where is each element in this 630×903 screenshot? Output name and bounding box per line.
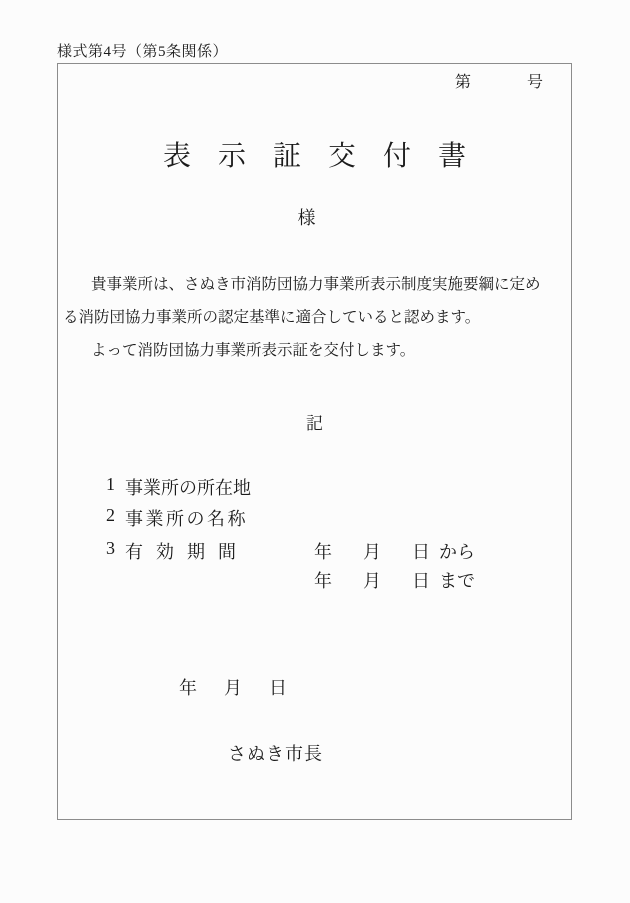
record-marker: 記 <box>58 409 571 434</box>
issue-date-line: 年 月 日 <box>179 674 287 700</box>
item-label: 事業所の名称 <box>125 505 248 531</box>
validity-to-suffix: まで <box>439 567 475 593</box>
document-number-prefix: 第 <box>455 69 471 92</box>
validity-to-month-label: 月 <box>363 567 381 593</box>
document-page: 様式第4号（第5条関係） 第 号 表示証交付書 様 貴事業所は、さぬき市消防団協… <box>0 0 630 903</box>
item-number: 2 <box>106 505 115 531</box>
item-number: 3 <box>106 538 115 564</box>
list-item-validity-period: 3 有効期間 <box>106 538 249 564</box>
body-line-3: よって消防団協力事業所表示証を交付します。 <box>63 334 567 367</box>
validity-from-day-label: 日 <box>412 538 430 564</box>
item-label: 事業所の所在地 <box>125 474 251 500</box>
certificate-frame: 第 号 表示証交付書 様 貴事業所は、さぬき市消防団協力事業所表示制度実施要綱に… <box>57 63 572 820</box>
validity-to-day-label: 日 <box>412 567 430 593</box>
list-item-business-address: 1 事業所の所在地 <box>106 474 251 500</box>
validity-to-year-label: 年 <box>314 567 332 593</box>
document-number-line: 第 号 <box>58 69 571 92</box>
issuer-signature: さぬき市長 <box>228 740 323 766</box>
validity-from-line: 年 月 日 から <box>314 538 475 564</box>
certificate-body: 貴事業所は、さぬき市消防団協力事業所表示制度実施要綱に定め る消防団協力事業所の… <box>63 268 567 367</box>
list-item-business-name: 2 事業所の名称 <box>106 505 248 531</box>
certificate-title: 表示証交付書 <box>58 134 571 174</box>
validity-from-suffix: から <box>439 538 475 564</box>
body-line-1: 貴事業所は、さぬき市消防団協力事業所表示制度実施要綱に定め <box>63 268 567 301</box>
issue-date-month-label: 月 <box>224 674 242 700</box>
recipient-honorific: 様 <box>50 204 563 230</box>
validity-to-line: 年 月 日 まで <box>314 567 475 593</box>
item-label: 有効期間 <box>125 538 249 564</box>
issue-date-year-label: 年 <box>179 674 197 700</box>
validity-from-month-label: 月 <box>363 538 381 564</box>
document-number-suffix: 号 <box>527 69 543 92</box>
form-style-label: 様式第4号（第5条関係） <box>57 40 228 61</box>
issue-date-day-label: 日 <box>269 674 287 700</box>
item-number: 1 <box>106 474 115 500</box>
validity-from-year-label: 年 <box>314 538 332 564</box>
body-line-2: る消防団協力事業所の認定基準に適合していると認めます。 <box>63 301 567 334</box>
